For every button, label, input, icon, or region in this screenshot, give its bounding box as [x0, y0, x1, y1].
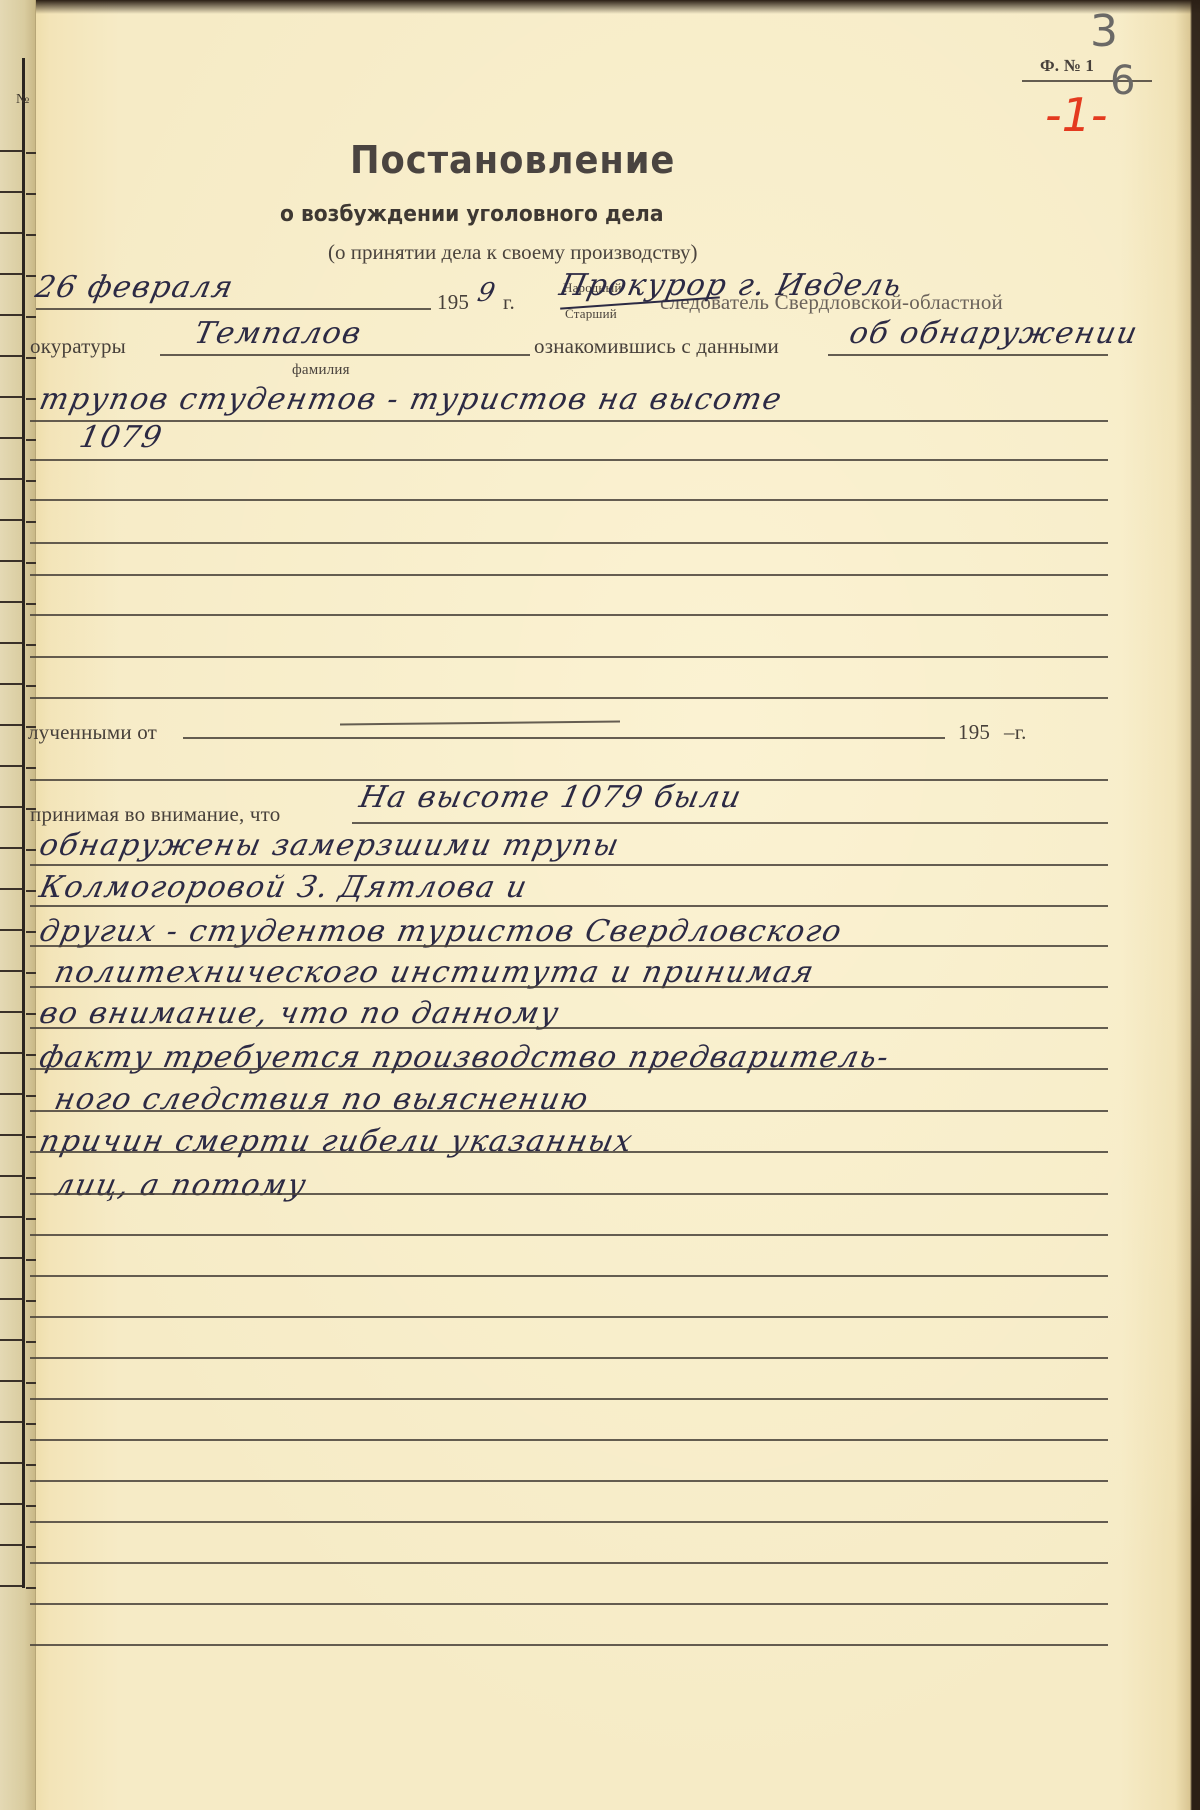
binding-tick — [26, 644, 36, 646]
binding-tick — [0, 1052, 22, 1054]
date-handwritten: 26 февраля — [32, 270, 237, 305]
binding-tick — [0, 683, 22, 685]
binding-tick — [0, 232, 22, 234]
document-title: Постановление — [350, 138, 675, 182]
binding-tick — [0, 396, 22, 398]
binding-tick — [26, 685, 36, 687]
received-year-suffix: –г. — [1004, 720, 1027, 745]
year-printed-prefix: 195 — [437, 290, 469, 315]
binding-tick — [0, 601, 22, 603]
binding-tick — [26, 234, 36, 236]
facts-line-1: трупов студентов - туристов на высоте — [36, 382, 786, 417]
blank-rule-15 — [30, 1521, 1108, 1523]
considering-rule-4 — [30, 945, 1108, 947]
binding-tick — [26, 1587, 36, 1589]
blank-rule-4 — [30, 614, 1108, 616]
binding-rule-line — [22, 58, 25, 1588]
blank-rule-18 — [30, 1644, 1108, 1646]
binding-tick — [0, 929, 22, 931]
binding-tick — [26, 398, 36, 400]
binding-tick — [26, 1013, 36, 1015]
tail-rule — [828, 354, 1108, 356]
document-subtitle: о возбуждении уголовного дела — [280, 202, 664, 227]
surname-caption: фамилия — [292, 362, 350, 379]
binding-tick — [26, 1218, 36, 1220]
page-top-shadow — [0, 0, 1200, 14]
received-printed-prefix: лученными от — [28, 720, 157, 745]
considering-rule-10 — [30, 1193, 1108, 1195]
printed-prefix-prokuratury: окуратуры — [30, 334, 126, 359]
considering-rule-7 — [30, 1068, 1108, 1070]
received-year-printed: 195 — [958, 720, 990, 745]
pencil-sheet-number: 6 — [1110, 58, 1135, 104]
binding-tick — [0, 1462, 22, 1464]
considering-line-9: причин смерти гибели указанных — [36, 1124, 636, 1159]
binding-tick — [26, 439, 36, 441]
handwritten-tail-ob-obnaruzhenii: об обнаружении — [846, 316, 1141, 351]
binding-tick — [0, 191, 22, 193]
binding-number-label: № — [16, 92, 29, 108]
considering-rule-8 — [30, 1110, 1108, 1112]
binding-tick — [26, 193, 36, 195]
considering-rule-5 — [30, 986, 1108, 988]
red-sheet-number: -1- — [1045, 88, 1107, 142]
considering-line-10: лиц, а потому — [51, 1168, 310, 1203]
printed-mid-oznakomivshis: ознакомившись с данными — [534, 334, 779, 359]
blank-rule-11 — [30, 1357, 1108, 1359]
blank-rule-8 — [30, 1234, 1108, 1236]
binding-tick — [0, 478, 22, 480]
binding-tick — [0, 642, 22, 644]
binding-tick — [0, 1380, 22, 1382]
form-number: Ф. № 1 — [1040, 56, 1094, 76]
surname-rule — [160, 354, 530, 356]
blank-rule-17 — [30, 1603, 1108, 1605]
binding-tick — [26, 849, 36, 851]
binding-tick — [26, 1095, 36, 1097]
binding-tick — [0, 1298, 22, 1300]
blank-rule-10 — [30, 1316, 1108, 1318]
binding-tick — [26, 972, 36, 974]
binding-tick — [26, 316, 36, 318]
binding-tick — [0, 1011, 22, 1013]
binding-tick — [0, 970, 22, 972]
blank-rule-6 — [30, 697, 1108, 699]
binding-tick — [26, 1382, 36, 1384]
considering-rule-3 — [30, 905, 1108, 907]
binding-tick — [0, 1216, 22, 1218]
blank-rule-16 — [30, 1562, 1108, 1564]
considering-line-6: во внимание, что по данному — [36, 996, 563, 1031]
binding-tick — [26, 275, 36, 277]
considering-line-4: других - студентов туристов Свердловског… — [36, 914, 846, 949]
binding-tick — [26, 1423, 36, 1425]
binding-tick — [0, 560, 22, 562]
document-subtitle-parenthetical: (о принятии дела к своему производству) — [328, 240, 698, 265]
received-handwritten-dash — [340, 721, 620, 726]
binding-tick — [26, 890, 36, 892]
year-printed-suffix: г. — [503, 290, 515, 315]
considering-line-3: Колмогоровой З. Дятлова и — [36, 870, 531, 905]
binding-tick — [0, 1175, 22, 1177]
binding-tick — [26, 1177, 36, 1179]
blank-rule-5 — [30, 656, 1108, 658]
binding-tick — [0, 1134, 22, 1136]
binding-tick — [0, 724, 22, 726]
binding-tick — [26, 603, 36, 605]
year-handwritten-digit: 9 — [475, 278, 499, 308]
considering-rule-6 — [30, 1027, 1108, 1029]
binding-tick — [0, 1585, 22, 1587]
document-page: № 3 Ф. № 1 6 -1- Постановление о возбужд… — [0, 0, 1200, 1810]
binding-tick — [26, 1341, 36, 1343]
blank-rule-13 — [30, 1439, 1108, 1441]
binding-tick — [0, 1339, 22, 1341]
surname-handwritten: Темпалов — [191, 316, 365, 351]
facts-rule-2 — [30, 459, 1108, 461]
binding-tick — [0, 1093, 22, 1095]
blank-rule-14 — [30, 1480, 1108, 1482]
facts-rule-1 — [30, 420, 1108, 422]
binding-tick — [26, 152, 36, 154]
date-rule — [36, 308, 431, 310]
binding-tick — [26, 931, 36, 933]
binding-tick — [26, 1054, 36, 1056]
binding-tick — [0, 1257, 22, 1259]
considering-rule-1 — [352, 822, 1108, 824]
binding-tick — [0, 519, 22, 521]
binding-tick — [26, 1505, 36, 1507]
binding-tick — [0, 273, 22, 275]
binding-tick — [26, 1136, 36, 1138]
binding-tick — [0, 765, 22, 767]
binding-tick — [0, 847, 22, 849]
binding-tick — [26, 480, 36, 482]
blank-rule-12 — [30, 1398, 1108, 1400]
binding-tick — [26, 1546, 36, 1548]
considering-line-2: обнаружены замерзшими трупы — [36, 828, 623, 863]
binding-tick — [0, 355, 22, 357]
considering-rule-2 — [30, 864, 1108, 866]
archive-page-number: 3 — [1090, 6, 1118, 57]
binding-tick — [26, 562, 36, 564]
binding-tick — [0, 437, 22, 439]
received-rule — [183, 737, 945, 739]
blank-rule-3 — [30, 574, 1108, 576]
position-handwritten: Прокурор г. Ивдель — [556, 268, 905, 303]
blank-rule-2 — [30, 542, 1108, 544]
blank-rule-1 — [30, 499, 1108, 501]
binding-tick — [0, 150, 22, 152]
binding-tick — [0, 888, 22, 890]
binding-tick — [26, 1464, 36, 1466]
binding-tick — [0, 1544, 22, 1546]
binding-tick — [26, 1300, 36, 1302]
binding-tick — [0, 806, 22, 808]
binding-tick — [0, 314, 22, 316]
binding-tick — [0, 1421, 22, 1423]
binding-tick — [26, 767, 36, 769]
considering-line-1: На высоте 1079 были — [356, 780, 745, 815]
considering-printed-prefix: принимая во внимание, что — [30, 802, 280, 827]
binding-tick — [26, 1259, 36, 1261]
considering-line-5: политехнического института и принимая — [51, 955, 818, 990]
considering-rule-9 — [30, 1151, 1108, 1153]
binding-tick — [26, 521, 36, 523]
binding-tick — [0, 1503, 22, 1505]
facts-line-2: 1079 — [76, 420, 166, 455]
blank-rule-9 — [30, 1275, 1108, 1277]
